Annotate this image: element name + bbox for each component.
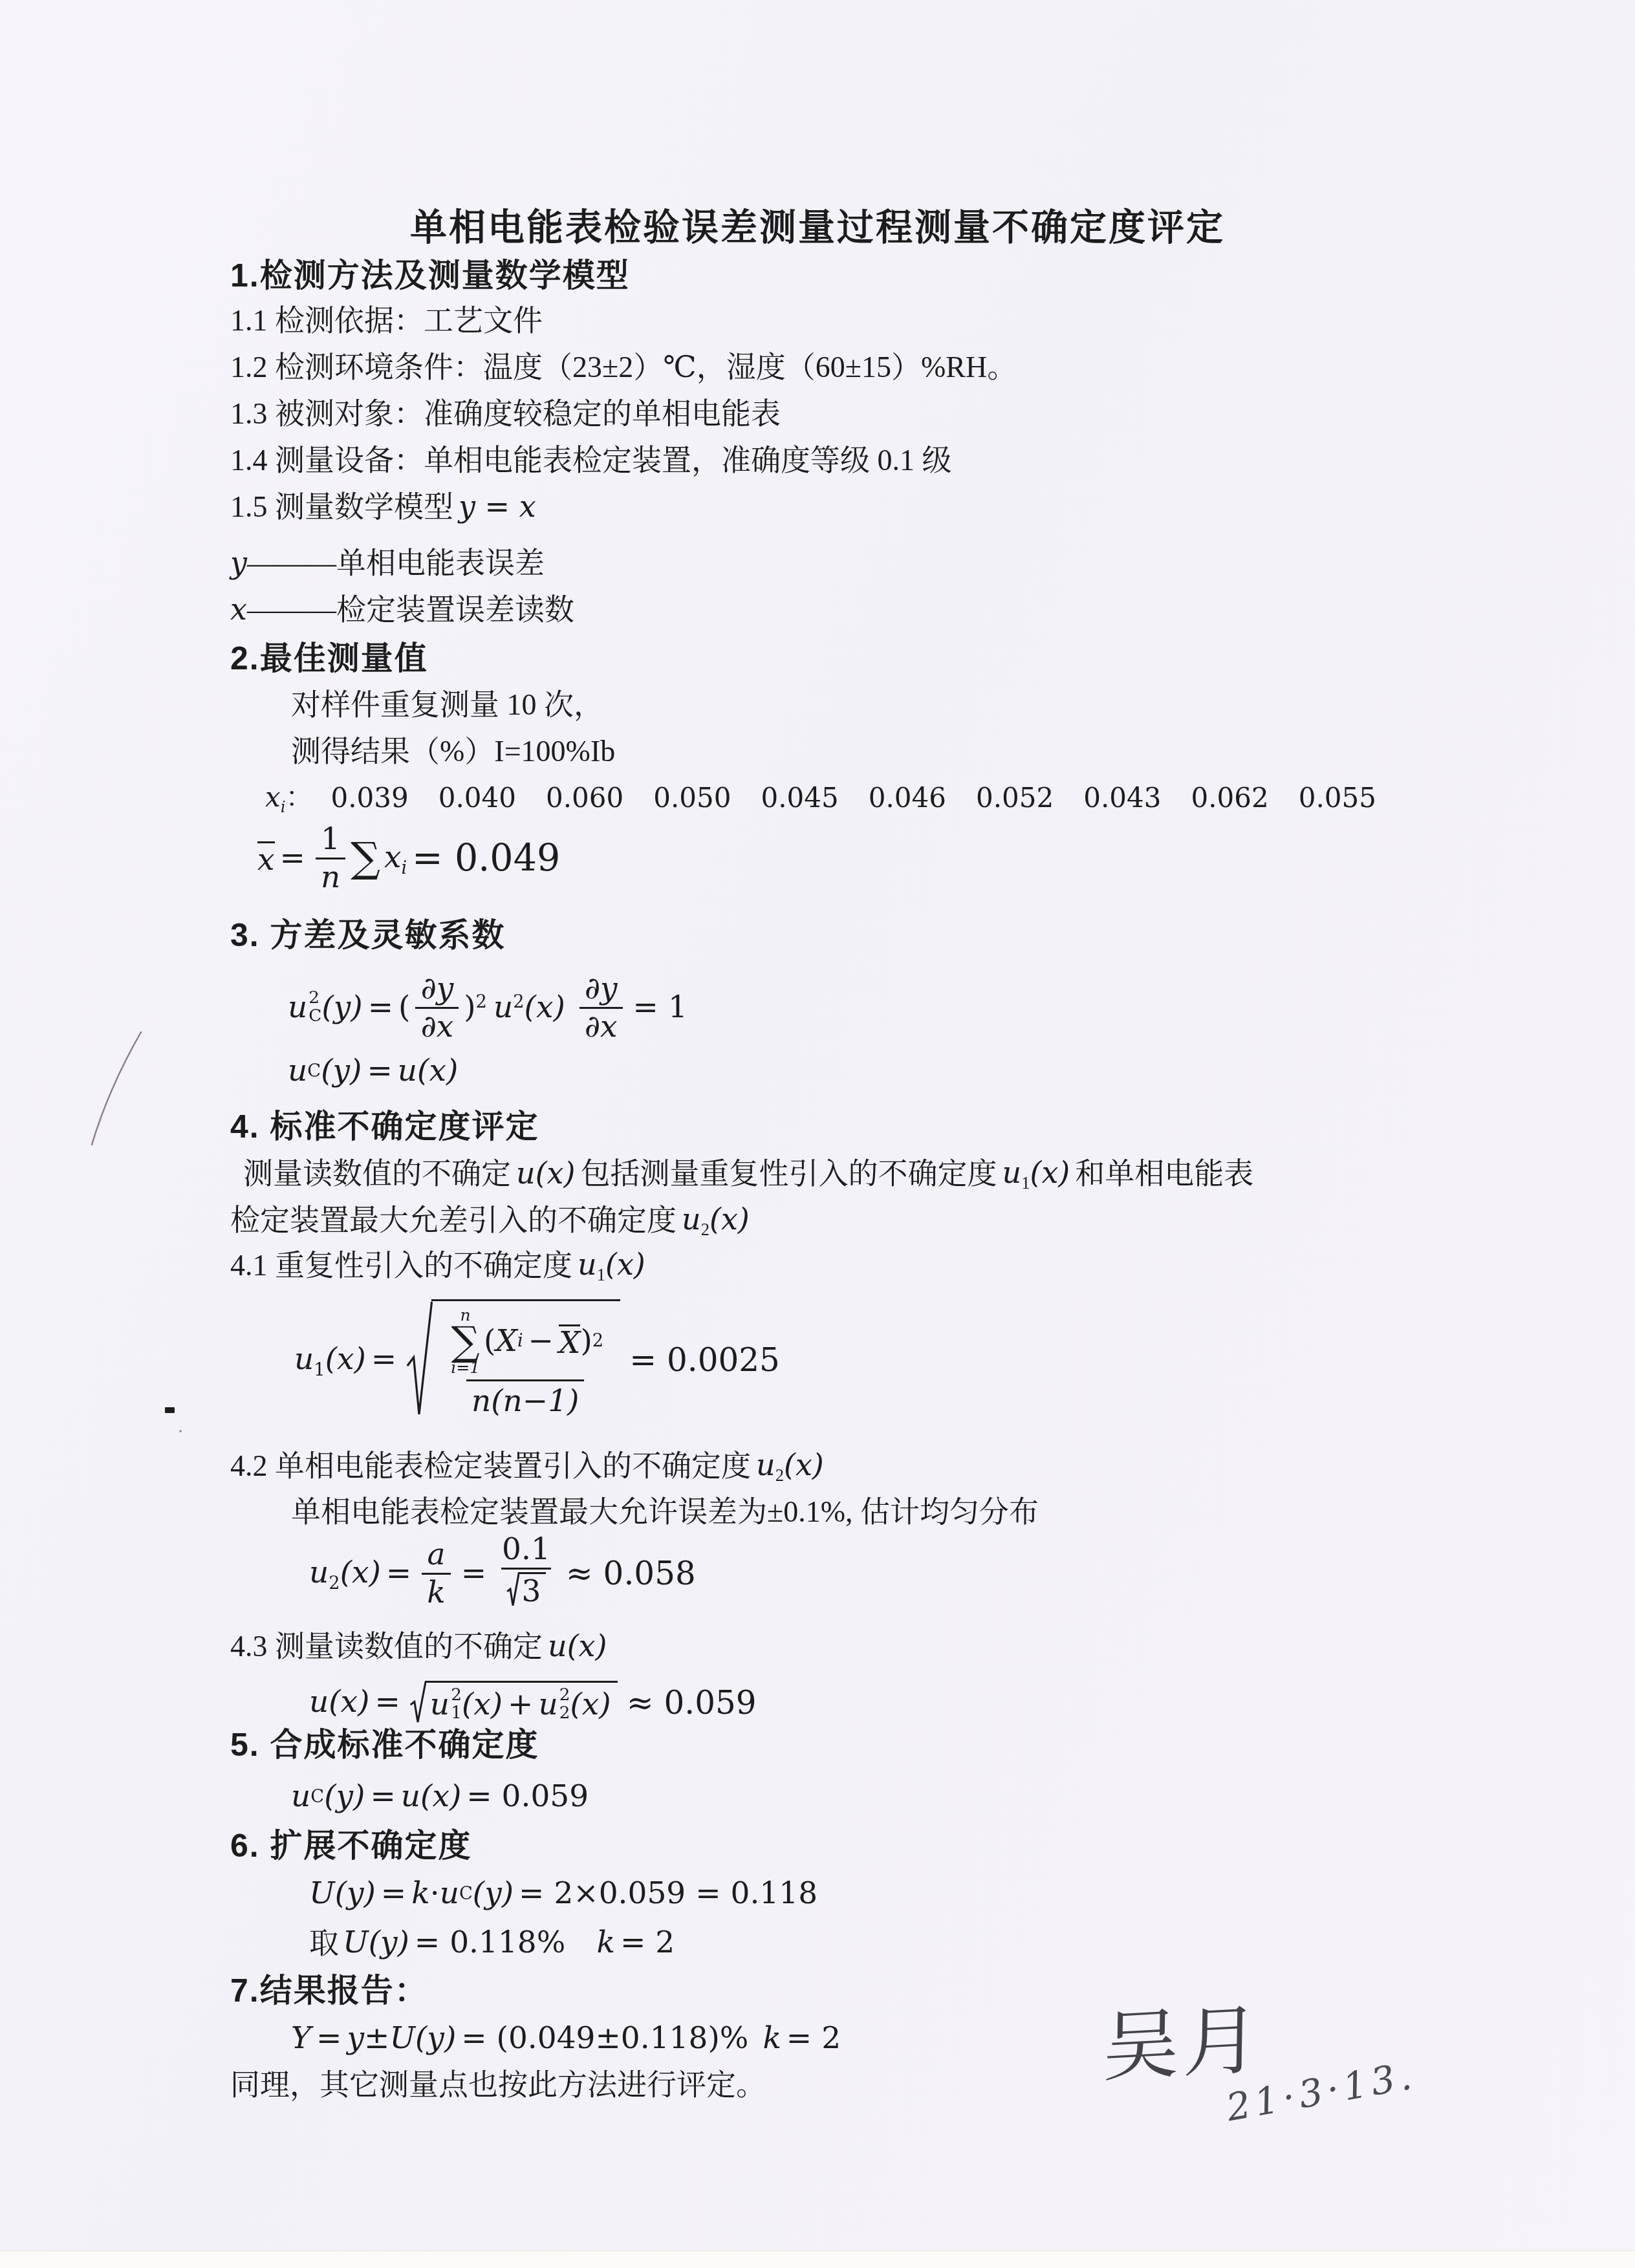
mean-equals: = — [280, 840, 305, 876]
xi-data-row: xi： 0.039 0.040 0.060 0.050 0.045 0.046 … — [265, 781, 1376, 815]
repeat-measure-text: 对样件重复测量 10 次， — [291, 687, 603, 722]
ux-arg: (x) — [536, 1156, 576, 1191]
exp-u: u — [440, 1875, 459, 1912]
handwritten-signature: 吴月 — [1102, 1994, 1264, 2094]
ux-u: u — [516, 1156, 536, 1191]
dy-dx-fraction: ∂y ∂x — [415, 971, 459, 1044]
exp-U-arg: (y) — [335, 1875, 376, 1912]
document-title: 单相电能表检验误差测量过程测量不确定度评定 — [0, 206, 1635, 250]
xi-value: 0.043 — [1083, 782, 1161, 814]
u1-Xi-sub: i — [517, 1332, 523, 1350]
x-variable: x — [230, 592, 247, 627]
ux-u2-sup: 2 — [559, 1687, 570, 1705]
section-7-heading-text: 7.结果报告： — [230, 1971, 428, 2010]
u2-lhs: u2(x) — [309, 1555, 381, 1592]
rep-k-value: = 2 — [786, 2020, 841, 2057]
ux-u2: u — [538, 1687, 558, 1723]
signature-name-text: 吴月 — [1102, 1994, 1264, 2094]
u1-lhs: u1(x) — [294, 1341, 366, 1379]
sqrt3-content: 3 — [518, 1572, 547, 1607]
ux-f-u: u — [309, 1684, 329, 1720]
section-2-heading-text: 2.最佳测量值 — [230, 639, 428, 678]
radical-content: n ∑ i=1 (Xi − X )2 n(n−1) — [431, 1299, 620, 1420]
exp-u-sub: C — [459, 1885, 473, 1903]
y-variable: y — [230, 545, 247, 581]
u1-formula: u1(x) = n ∑ i=1 (Xi − — [294, 1290, 785, 1429]
line-1-5-text: 1.5 测量数学模型 — [230, 489, 453, 524]
xi-value: 0.046 — [869, 782, 946, 814]
section-5-heading-text: 5. 合成标准不确定度 — [230, 1725, 539, 1764]
comb-sub: C — [310, 1788, 324, 1806]
line-1-4: 1.4 测量设备：单相电能表检定装置，准确度等级 0.1 级 — [230, 442, 952, 478]
definition-x: x ———检定装置误差读数 — [230, 592, 574, 627]
xi-label: xi： — [265, 781, 313, 815]
combined-formula: uC(y) = u(x) = 0.059 — [291, 1778, 594, 1815]
expanded-formula: U(y) = k · uC(y) = 2×0.059 = 0.118 — [309, 1875, 823, 1912]
exp-u-arg: (y) — [473, 1875, 514, 1912]
u1-fraction: n ∑ i=1 (Xi − X )2 n(n−1) — [442, 1305, 609, 1419]
report-formula: Y = y ± U(y) = (0.049±0.118)% k = 2 — [291, 2020, 846, 2057]
exp-eq: = — [381, 1875, 406, 1912]
dx2: ∂x — [579, 1007, 623, 1044]
u1-Xi: X — [495, 1325, 517, 1357]
sqrt3-sign — [506, 1572, 519, 1607]
u1x-arg-h: (x) — [605, 1247, 645, 1282]
u2-den: 3 — [501, 1568, 552, 1615]
mean-result: = 0.049 — [412, 836, 560, 880]
sens-arg: (x) — [417, 1053, 458, 1089]
sum-with-limits: n ∑ i=1 — [451, 1307, 480, 1376]
comb-u2-arg: (x) — [420, 1778, 461, 1815]
para-text-c: 和单相电能表 — [1075, 1156, 1253, 1191]
section-6-heading-text: 6. 扩展不确定度 — [230, 1826, 472, 1865]
u1-pow: 2 — [592, 1332, 603, 1350]
uc-arg: (y) — [321, 1053, 362, 1089]
rep-U-arg: (y) — [415, 2020, 456, 2057]
section-3-heading-text: 3. 方差及灵敏系数 — [230, 916, 506, 955]
uc2-scripts: 2 C — [309, 989, 321, 1025]
mean-fraction: 1 n — [316, 821, 345, 895]
rep-result: = (0.049±0.118)% — [461, 2020, 748, 2057]
line-1-3: 1.3 被测对象：准确度较稳定的单相电能表 — [230, 396, 781, 431]
xi-value: 0.039 — [331, 782, 409, 814]
closing-line: 同理，其它测量点也按此方法进行评定。 — [230, 2067, 766, 2102]
para-text-a: 测量读数值的不确定 — [243, 1156, 511, 1191]
u1x-sub-h: 1 — [597, 1265, 605, 1284]
section-4-1-text: 4.1 重复性引入的不确定度 — [230, 1247, 572, 1283]
xi-value: 0.060 — [546, 782, 623, 814]
uc-u: u — [288, 1053, 307, 1089]
section-4-heading: 4. 标准不确定度评定 — [230, 1107, 539, 1146]
u2x-term: u2(x) — [493, 989, 565, 1026]
ux-lhs: u(x) — [309, 1684, 369, 1720]
mean-x: x — [384, 839, 402, 875]
u2-equals-1: = — [386, 1555, 411, 1592]
exp-U: U — [309, 1875, 335, 1912]
paren-close-sq: )2 — [464, 989, 487, 1026]
uc2-sub: C — [309, 1008, 321, 1026]
sum-sigma: ∑ — [451, 1323, 480, 1359]
take-U-arg: (y) — [369, 1925, 409, 1961]
take-k-value: = 2 — [620, 1925, 675, 1961]
rep-y: y — [347, 2020, 364, 2057]
variance-result: = 1 — [633, 989, 688, 1026]
u1x-arg: (x) — [1030, 1155, 1070, 1190]
x-definition: ———检定装置误差读数 — [247, 592, 574, 627]
xi-var: x — [265, 781, 281, 813]
take-k: k — [596, 1925, 614, 1961]
para-text-d: 检定装置最大允差引入的不确定度 — [230, 1202, 677, 1238]
section-4-2-text: 4.2 单相电能表检定装置引入的不确定度 — [230, 1448, 751, 1484]
u1x-u-h: u — [578, 1247, 597, 1282]
u1x-sub: 1 — [1021, 1173, 1030, 1193]
variance-equals: = — [368, 989, 393, 1026]
document-title-text: 单相电能表检验误差测量过程测量不确定度评定 — [410, 206, 1225, 250]
sens-equals: = — [367, 1053, 392, 1089]
ux-u2-scripts: 2 2 — [559, 1687, 570, 1722]
pencil-stroke-mark — [84, 1027, 149, 1150]
u1-paren-close: ) — [580, 1325, 592, 1357]
u1-numerator: n ∑ i=1 (Xi − X )2 — [442, 1305, 609, 1379]
uc-sub: C — [307, 1063, 321, 1080]
mean-den: n — [316, 858, 345, 895]
ux-formula: u(x) = u 2 1 (x) + u 2 2 — [309, 1672, 762, 1733]
paren-open: ( — [398, 989, 410, 1026]
ux-u-h: u — [548, 1628, 567, 1663]
scanner-edge — [0, 2251, 1635, 2268]
section-4-1-heading: 4.1 重复性引入的不确定度 u1(x) — [230, 1247, 651, 1284]
sqrt3: 3 — [506, 1572, 547, 1607]
u2x-inline: u2(x) — [682, 1202, 750, 1238]
ux-u1-arg: (x) — [462, 1687, 503, 1723]
repeat-measure-line: 对样件重复测量 10 次， — [291, 687, 603, 722]
radical-sign — [406, 1299, 433, 1420]
y-definition: ———单相电能表误差 — [247, 545, 545, 581]
uc2-sup: 2 — [309, 989, 319, 1008]
comb-u2: u — [401, 1778, 420, 1815]
mean-formula: x = 1 n ∑ xi = 0.049 — [257, 816, 565, 900]
section-1-heading: 1.检测方法及测量数学模型 — [230, 256, 630, 295]
section-5-heading: 5. 合成标准不确定度 — [230, 1725, 539, 1764]
section-3-heading: 3. 方差及灵敏系数 — [230, 916, 506, 955]
section-4-heading-text: 4. 标准不确定度评定 — [230, 1107, 539, 1146]
u2-num: 0.1 — [497, 1531, 556, 1567]
variance-formula: u 2 C (y) = ( ∂y ∂x )2 u2(x) ∂y ∂x = 1 — [288, 956, 693, 1059]
closing-text: 同理，其它测量点也按此方法进行评定。 — [230, 2067, 766, 2102]
paren-close: ) — [464, 989, 475, 1025]
xi-value: 0.055 — [1299, 782, 1376, 814]
section-6-heading: 6. 扩展不确定度 — [230, 1826, 472, 1865]
dy2: ∂y — [579, 971, 623, 1006]
u2x-arg2: (x) — [709, 1202, 750, 1237]
u2x-arg-h: (x) — [784, 1447, 824, 1482]
model-equation: y = x — [459, 489, 536, 524]
ux-equals: = — [374, 1684, 400, 1720]
ux-u1-sub: 1 — [451, 1705, 462, 1723]
take-U: U — [343, 1925, 369, 1961]
u2-frac-value: 0.1 3 — [497, 1531, 556, 1615]
comb-arg: (y) — [324, 1778, 365, 1815]
u1x-u: u — [1002, 1155, 1021, 1190]
dy-dx-fraction-2: ∂y ∂x — [579, 971, 623, 1044]
mean-num: 1 — [316, 821, 345, 857]
u1-result: = 0.0025 — [629, 1341, 780, 1379]
exp-dot: · — [430, 1875, 440, 1912]
line-1-3-text: 1.3 被测对象：准确度较稳定的单相电能表 — [230, 396, 781, 431]
u1-equals: = — [371, 1341, 396, 1377]
rep-eq: = — [316, 2020, 341, 2057]
line-1-1-text: 1.1 检测依据：工艺文件 — [230, 303, 543, 338]
u2-frac-ak: a k — [422, 1537, 450, 1610]
u1-paren-open: ( — [484, 1325, 495, 1357]
section-4-3-text: 4.3 测量读数值的不确定 — [230, 1628, 543, 1664]
para-text-b: 包括测量重复性引入的不确定度 — [580, 1156, 997, 1191]
section-1-heading-text: 1.检测方法及测量数学模型 — [230, 256, 630, 295]
rep-U: U — [389, 2020, 415, 2057]
comb-u: u — [291, 1778, 310, 1815]
u1-minus: − — [528, 1325, 554, 1357]
rep-Y: Y — [291, 2020, 311, 2057]
sqrt3-value: 3 — [522, 1575, 541, 1607]
ux-plus: + — [508, 1687, 533, 1723]
mean-x-sub: i — [401, 858, 407, 878]
xi-colon: ： — [285, 781, 312, 813]
u2-u: u — [309, 1555, 329, 1590]
ux-radical: u 2 1 (x) + u 2 2 (x) — [409, 1681, 618, 1724]
ux-f-arg: (x) — [329, 1684, 369, 1720]
sens-u: u — [398, 1053, 417, 1089]
dx: ∂x — [415, 1007, 459, 1044]
section-4-2-para: 单相电能表检定装置最大允许误差为±0.1%, 估计均匀分布 — [291, 1494, 1039, 1529]
u2x-sub2: 2 — [701, 1220, 709, 1239]
mean-xbar: x — [257, 842, 275, 878]
u2-formula: u2(x) = a k = 0.1 3 ≈ — [309, 1531, 701, 1615]
line-1-5: 1.5 测量数学模型 y = x — [230, 489, 541, 524]
u2-a: a — [422, 1537, 450, 1572]
u1-Xbar: X — [559, 1325, 580, 1361]
exp-k: k — [411, 1875, 429, 1912]
section-4-3-heading: 4.3 测量读数值的不确定 u(x) — [230, 1628, 612, 1664]
xi-value: 0.052 — [976, 782, 1054, 814]
comb-eq: = — [370, 1778, 395, 1815]
u1-u: u — [294, 1341, 314, 1377]
ux-radical-content: u 2 1 (x) + u 2 2 (x) — [425, 1681, 618, 1724]
section-2-heading: 2.最佳测量值 — [230, 639, 428, 678]
section-4-2-para-text: 单相电能表检定装置最大允许误差为±0.1%, 估计均匀分布 — [291, 1494, 1039, 1529]
line-1-2-text: 1.2 检测环境条件：温度（23±2）℃，湿度（60±15）%RH。 — [230, 349, 1017, 385]
u2x-sub-h: 2 — [775, 1465, 784, 1485]
ux-u2-arg: (x) — [570, 1687, 611, 1723]
section-4-2-heading: 4.2 单相电能表检定装置引入的不确定度 u2(x) — [230, 1447, 829, 1484]
u1-denominator: n(n−1) — [466, 1379, 585, 1419]
u2-arg: (x) — [340, 1555, 381, 1590]
u1x-inline: u1(x) — [1002, 1155, 1070, 1192]
sensitivity-formula: uC(y) = u(x) — [288, 1053, 458, 1089]
comb-result: = 0.059 — [466, 1778, 589, 1815]
u1x-inline-h: u1(x) — [578, 1247, 645, 1284]
u2x-inline-h: u2(x) — [756, 1447, 824, 1484]
take-result: = 0.118% — [415, 1925, 566, 1961]
rep-k: k — [763, 2020, 781, 2057]
section-7-heading: 7.结果报告： — [230, 1971, 428, 2010]
xi-value: 0.062 — [1191, 782, 1269, 814]
definition-y: y ———单相电能表误差 — [230, 545, 545, 581]
ux-u1-sup: 2 — [451, 1687, 462, 1705]
ux-u1: u — [430, 1687, 449, 1723]
rep-pm: ± — [364, 2020, 389, 2057]
stray-ink-dash — [165, 1407, 175, 1413]
scanned-page: 单相电能表检验误差测量过程测量不确定度评定 1.检测方法及测量数学模型 1.1 … — [0, 0, 1635, 2268]
line-1-4-text: 1.4 测量设备：单相电能表检定装置，准确度等级 0.1 级 — [230, 442, 952, 478]
u2-result: ≈ 0.058 — [566, 1554, 696, 1593]
result-condition-line: 测得结果（%）I=100%Ib — [291, 733, 615, 769]
ux-u1-scripts: 2 1 — [451, 1687, 462, 1722]
u2x-u2: u — [682, 1202, 701, 1237]
u2x-arg: (x) — [525, 989, 565, 1025]
paren-pow: 2 — [476, 992, 487, 1012]
dy: ∂y — [415, 971, 459, 1006]
sum-limit-bottom: i=1 — [451, 1359, 480, 1376]
xi-value: 0.050 — [653, 782, 731, 814]
line-1-2: 1.2 检测环境条件：温度（23±2）℃，湿度（60±15）%RH。 — [230, 349, 1017, 385]
uc2-arg: (y) — [321, 989, 362, 1026]
take-U-line: 取 U(y) = 0.118% k = 2 — [309, 1925, 680, 1961]
stray-ink-dot — [179, 1430, 182, 1432]
u1-arg: (x) — [325, 1341, 366, 1377]
u2-equals-2: = — [461, 1555, 486, 1592]
u2-sub: 2 — [329, 1573, 340, 1593]
result-condition-text: 测得结果（%）I=100%Ib — [291, 733, 615, 769]
ux-inline-h: u(x) — [548, 1628, 607, 1664]
u2x-u-h: u — [756, 1447, 775, 1482]
u2x-u: u — [493, 989, 513, 1025]
u1-radical: n ∑ i=1 (Xi − X )2 n(n−1) — [406, 1299, 620, 1420]
sum-symbol: ∑ — [351, 839, 380, 878]
line-1-1: 1.1 检测依据：工艺文件 — [230, 303, 543, 338]
take-label: 取 — [309, 1925, 339, 1961]
uc2-u: u — [288, 989, 307, 1026]
u2x-sup: 2 — [513, 992, 524, 1012]
xi-value: 0.040 — [439, 782, 516, 814]
ux-radical-sign — [409, 1681, 426, 1724]
ux-u2-sub: 2 — [559, 1705, 570, 1723]
ux-inline: u(x) — [516, 1156, 575, 1191]
u1-sub: 1 — [314, 1359, 325, 1379]
xi-value: 0.045 — [761, 782, 839, 814]
u2-k: k — [422, 1573, 450, 1610]
ux-arg-h: (x) — [567, 1628, 607, 1663]
section-4-para-line2: 检定装置最大允差引入的不确定度 u2(x) — [230, 1202, 755, 1238]
section-4-para-line1: 测量读数值的不确定 u(x) 包括测量重复性引入的不确定度 u1(x) 和单相电… — [243, 1155, 1253, 1192]
ux-result: ≈ 0.059 — [627, 1683, 757, 1722]
exp-result: = 2×0.059 = 0.118 — [519, 1875, 817, 1912]
